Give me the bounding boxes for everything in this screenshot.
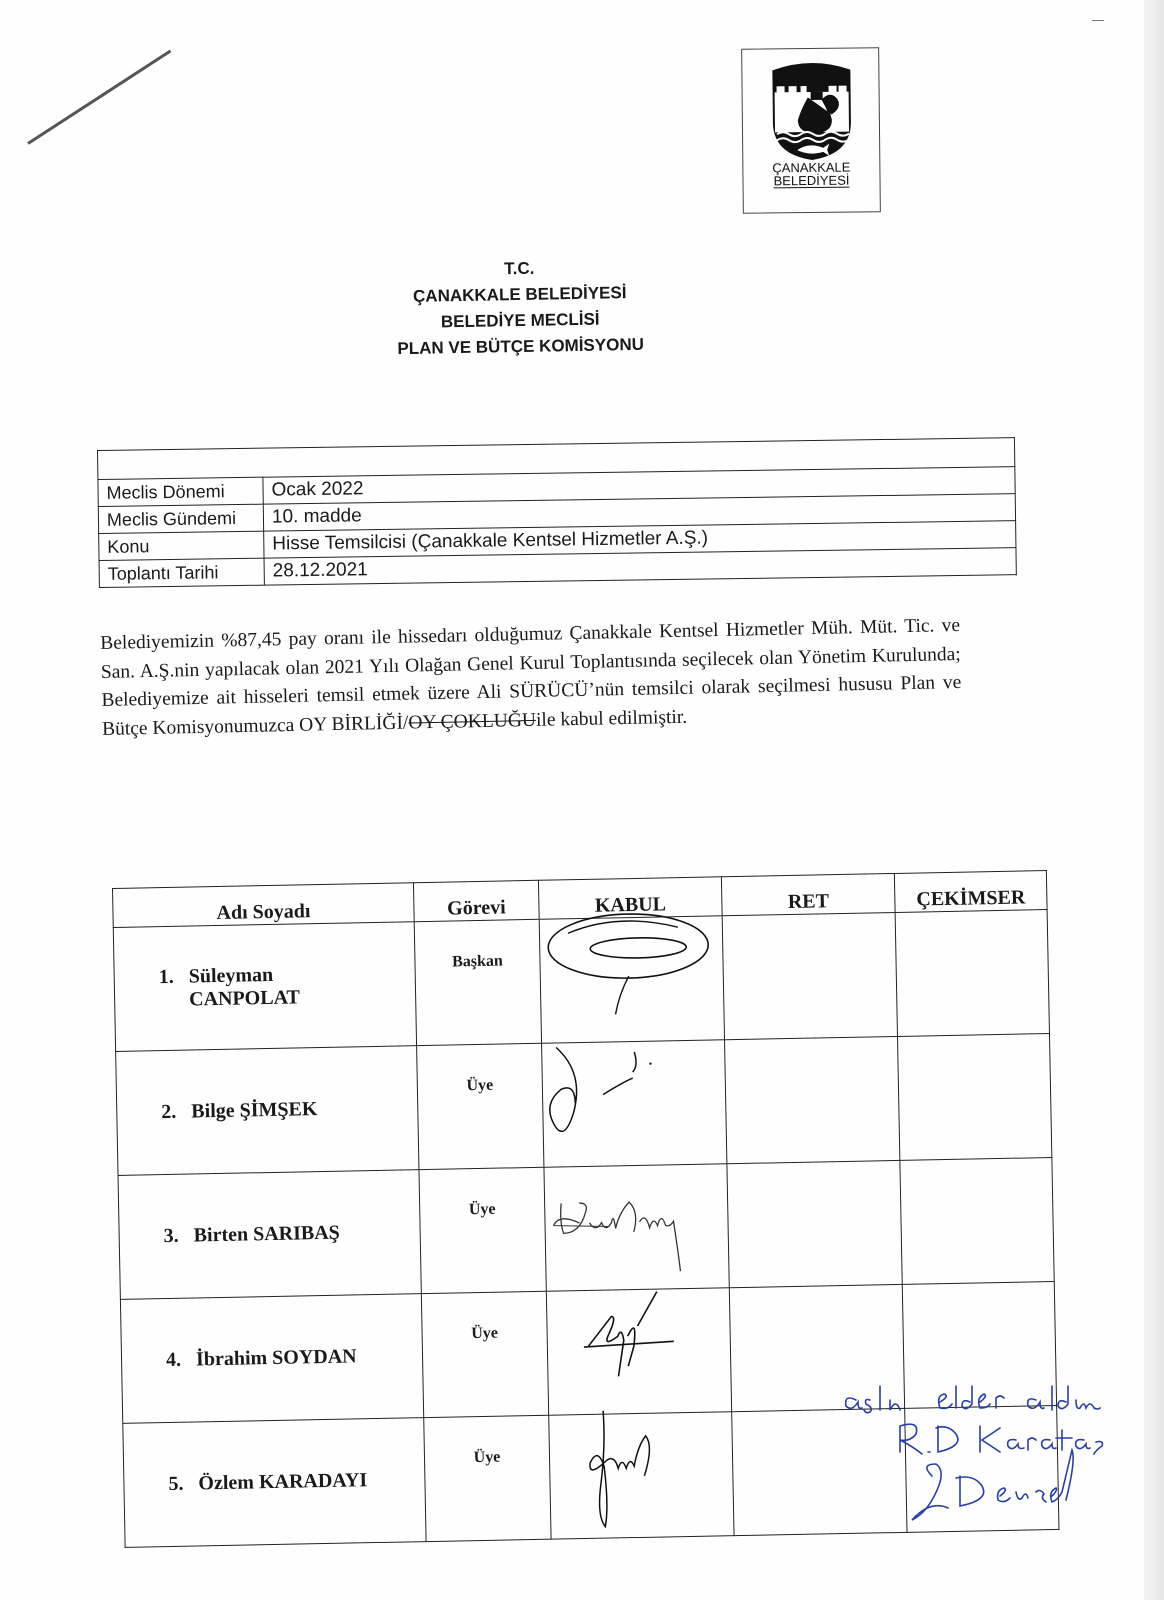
accept-signature-cell <box>539 916 724 1043</box>
member-name: 1.Süleyman CANPOLAT <box>113 922 416 1052</box>
accept-signature-cell <box>549 1412 734 1539</box>
document-page: ÇANAKKALE BELEDİYESİ T.C. ÇANAKKALE BELE… <box>0 0 1164 1600</box>
abstain-cell <box>895 910 1049 1037</box>
info-label: Meclis Dönemi <box>98 477 263 506</box>
decision-text-end: ile kabul edilmiştir. <box>536 706 688 730</box>
meeting-info-table: Meclis Dönemi Ocak 2022 Meclis Gündemi 1… <box>97 437 1017 588</box>
logo-text: ÇANAKKALE BELEDİYESİ <box>743 160 879 188</box>
col-name: Adı Soyadı <box>113 883 415 928</box>
member-role: Üye <box>421 1291 548 1417</box>
member-name: 4.İbrahim SOYDAN <box>120 1294 423 1424</box>
decision-struck-text: OY ÇOKLUĞU <box>408 709 536 733</box>
member-role: Üye <box>419 1167 546 1293</box>
handwritten-certification-note <box>840 1380 1140 1530</box>
info-label: Meclis Gündemi <box>98 504 263 533</box>
abstain-cell <box>900 1158 1054 1285</box>
table-row: 1.Süleyman CANPOLAT Başkan <box>113 910 1049 1052</box>
signature-icon <box>527 902 719 1026</box>
abstain-cell <box>897 1034 1051 1161</box>
member-role: Başkan <box>414 919 541 1045</box>
scan-dash <box>1092 20 1104 21</box>
logo-line2: BELEDİYESİ <box>774 174 850 189</box>
info-label: Toplantı Tarihi <box>99 558 264 587</box>
scan-edge <box>1144 0 1164 1600</box>
accept-signature-cell <box>542 1040 727 1167</box>
col-reject: RET <box>721 873 895 915</box>
signature-icon <box>549 1170 761 1284</box>
member-role: Üye <box>424 1415 551 1541</box>
info-label: Konu <box>99 531 264 560</box>
signature-icon <box>573 1405 695 1537</box>
scan-mark <box>27 50 171 145</box>
member-name: 3.Birten SARIBAŞ <box>118 1170 421 1300</box>
reject-cell <box>722 912 897 1039</box>
signature-icon <box>577 1285 699 1387</box>
col-abstain: ÇEKİMSER <box>894 871 1047 913</box>
member-name: 2.Bilge ŞİMŞEK <box>116 1046 419 1176</box>
signature-icon <box>522 1041 714 1155</box>
reject-cell <box>725 1036 900 1163</box>
header-commission: PLAN VE BÜTÇE KOMİSYONU <box>370 331 670 362</box>
accept-signature-cell <box>546 1288 731 1415</box>
header-municipality: ÇANAKKALE BELEDİYESİ <box>370 279 670 310</box>
municipality-logo: ÇANAKKALE BELEDİYESİ <box>741 47 881 213</box>
table-row: 3.Birten SARIBAŞ Üye <box>118 1158 1054 1300</box>
document-header: T.C. ÇANAKKALE BELEDİYESİ BELEDİYE MECLİ… <box>369 253 671 362</box>
table-row: 2.Bilge ŞİMŞEK Üye <box>116 1034 1052 1176</box>
canakkale-municipality-shield-icon <box>768 62 855 163</box>
accept-signature-cell <box>544 1164 729 1291</box>
decision-paragraph: Belediyemizin %87,45 pay oranı ile hisse… <box>100 612 962 744</box>
col-role: Görevi <box>413 880 539 921</box>
member-name: 5.Özlem KARADAYI <box>123 1418 426 1548</box>
